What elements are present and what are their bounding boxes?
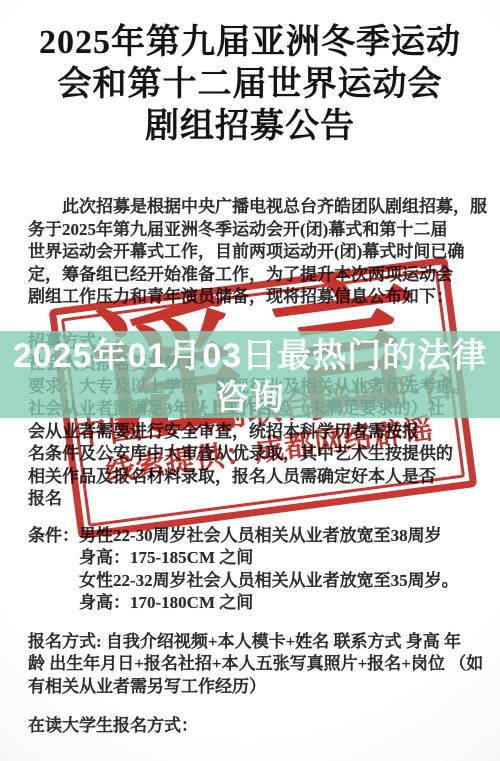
student-signup-line: 在读大学生报名方式： <box>28 715 490 738</box>
signup-method-section: 报名方式: 自我介绍视频+本人模卡+姓名 联系方式 身高 年 龄 出生年月日+报… <box>28 631 490 699</box>
caption-text: 2025年01月03日最热门的法律 咨询 <box>0 335 500 419</box>
document-photo: 2025年第九届亚洲冬季运动 会和第十二届世界运动会 剧组招募公告 此次招募是根… <box>0 0 500 761</box>
caption-banner: 2025年01月03日最热门的法律 咨询 <box>0 331 500 418</box>
conditions-section: 条件：男性22-30周岁社会人员相关从业者放宽至38周岁 身高：175-185C… <box>28 525 490 615</box>
announcement-title: 2025年第九届亚洲冬季运动 会和第十二届世界运动会 剧组招募公告 <box>0 22 500 148</box>
